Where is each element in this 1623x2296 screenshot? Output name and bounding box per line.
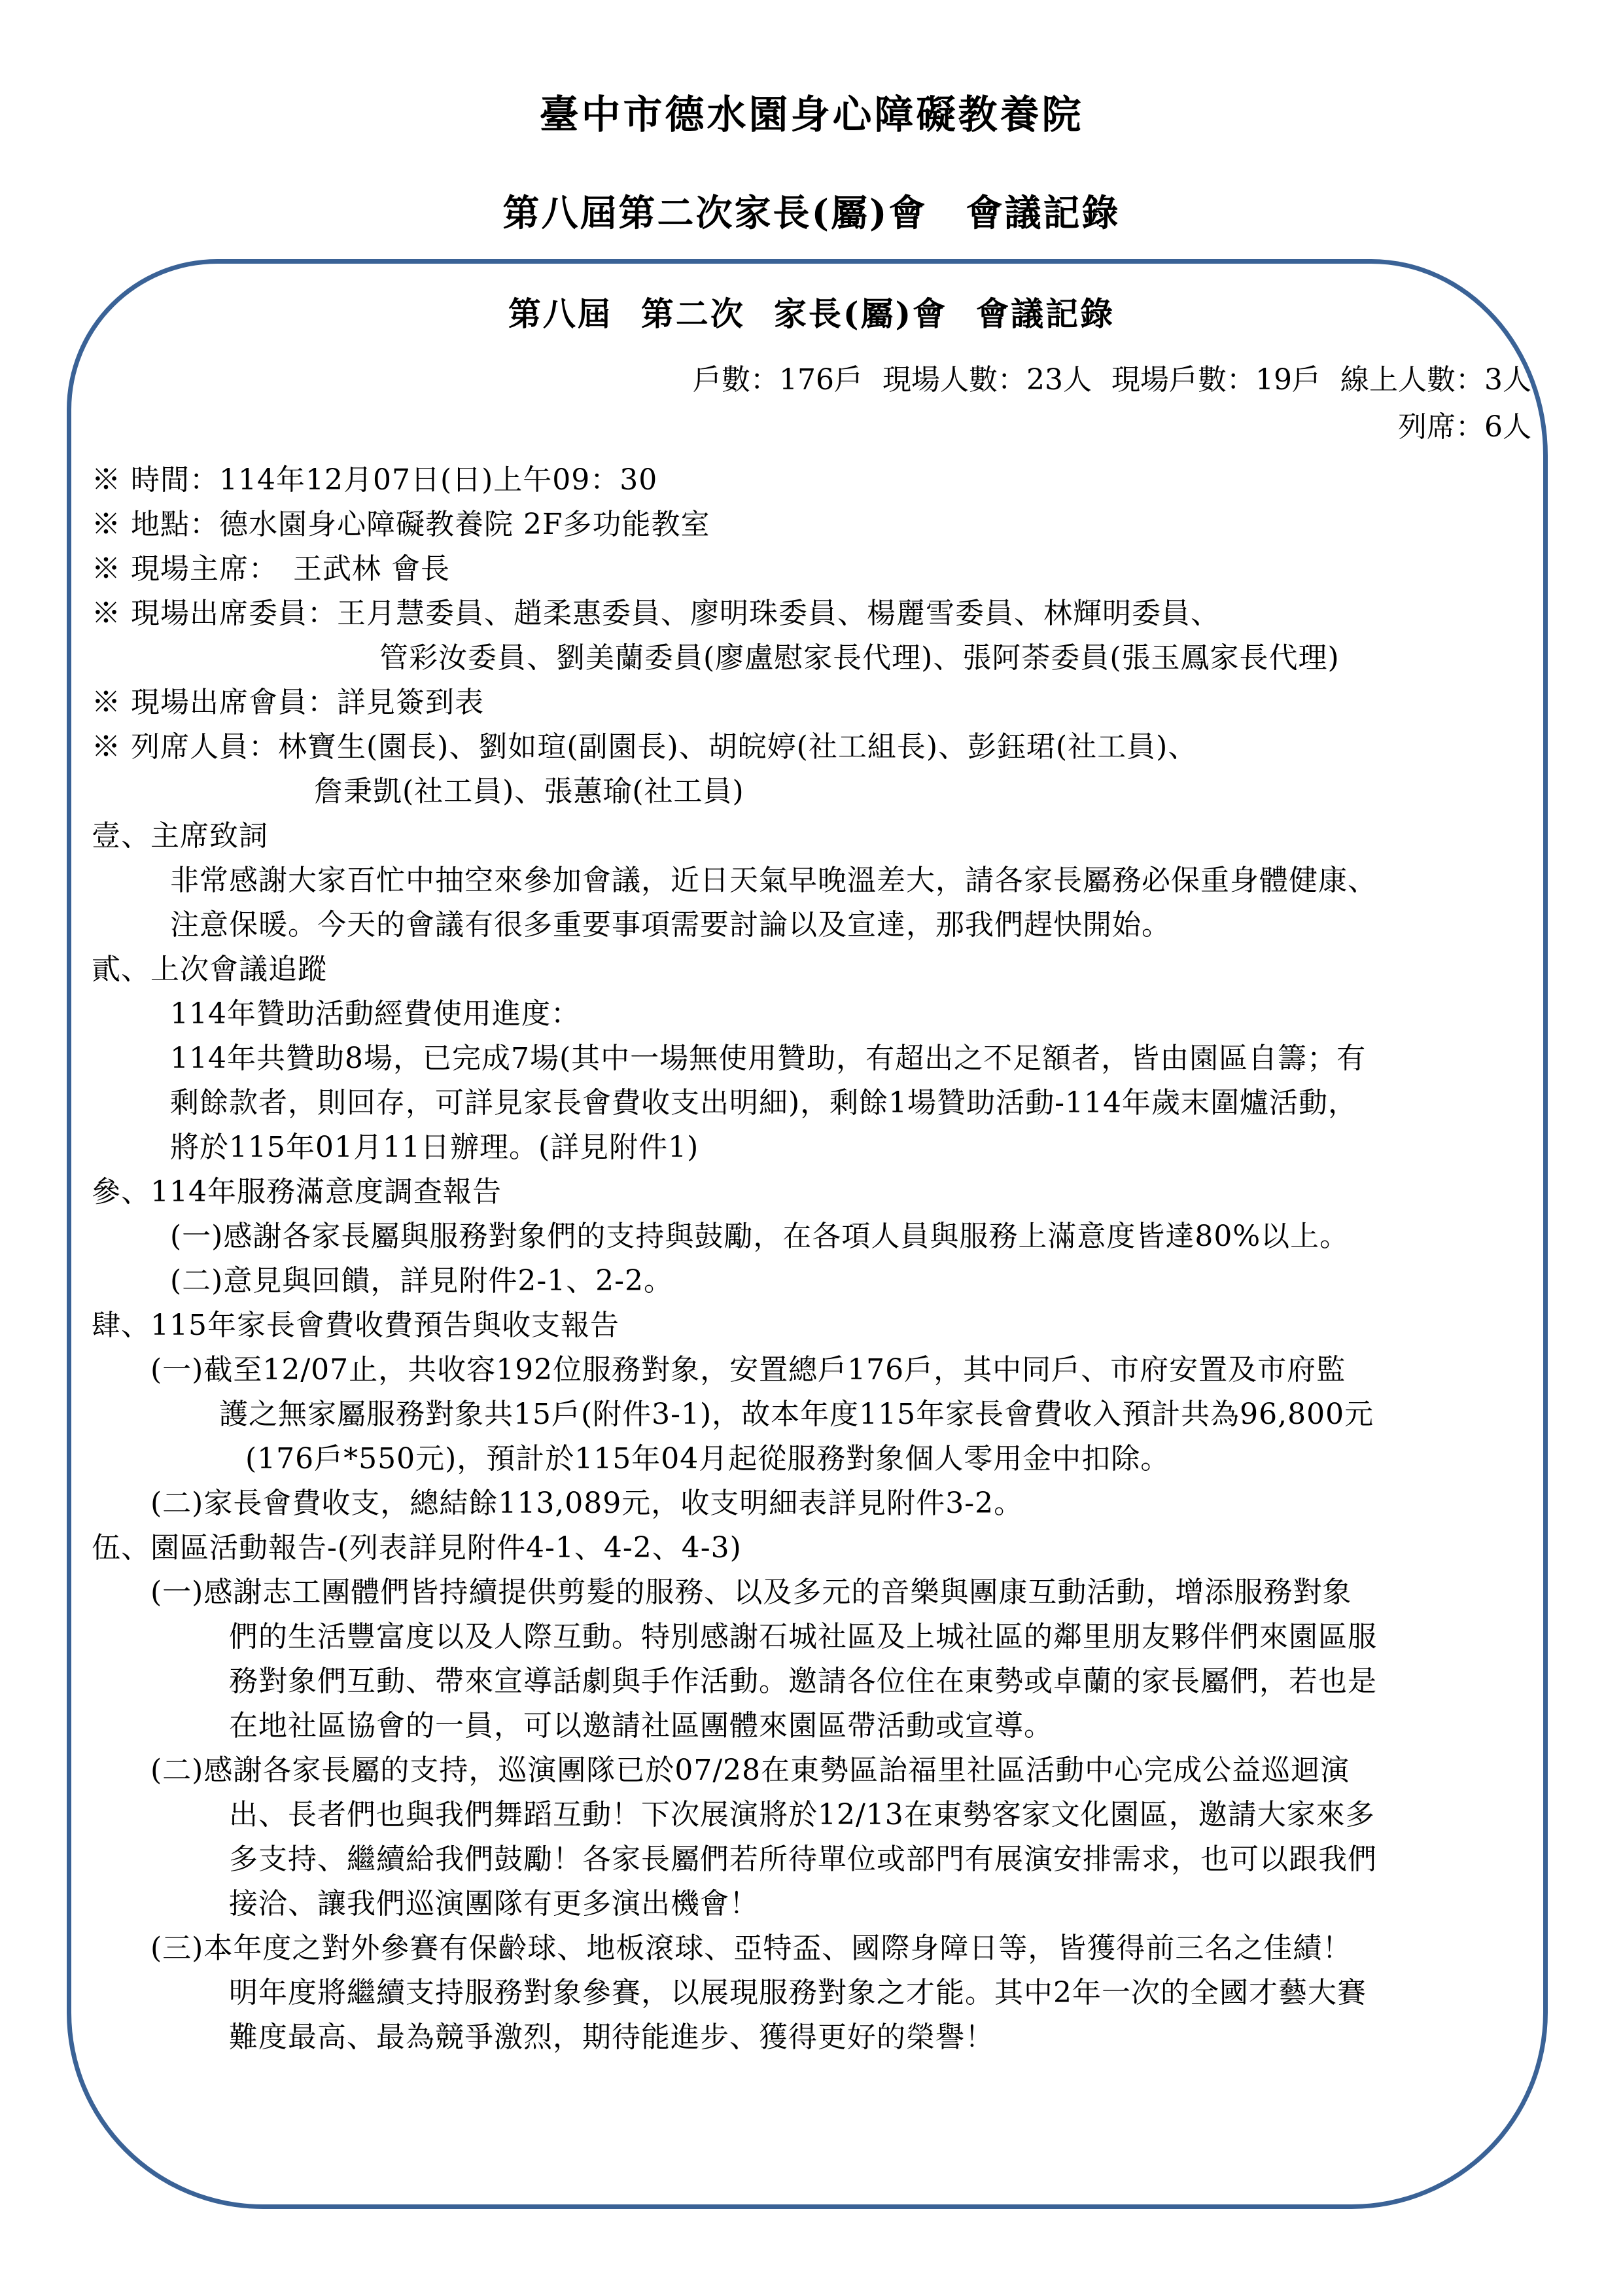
fees-item-line: (176戶*550元)，預計於115年04月起從服務對象個人零用金中扣除。 [92, 1437, 1531, 1481]
follow-up-line: 將於115年01月11日辦理。(詳見附件1) [92, 1125, 1531, 1170]
activities-item-line: (三)本年度之對外參賽有保齡球、地板滾球、亞特盃、國際身障日等，皆獲得前三名之佳… [92, 1926, 1531, 1971]
staff-attendees-line1: ※ 列席人員：林寶生(園長)、劉如瑄(副園長)、胡皖婷(社工組長)、彭鈺珺(社工… [92, 725, 1531, 769]
section-heading-chair-speech: 壹、主席致詞 [92, 814, 1531, 858]
minutes-body: ※ 時間：114年12月07日(日)上午09：30 ※ 地點：德水園身心障礙教養… [92, 458, 1531, 2060]
follow-up-line: 剩餘款者，則回存，可詳見家長會費收支出明細)，剩餘1場贊助活動-114年歲末圍爐… [92, 1081, 1531, 1125]
fees-item-line: (二)家長會費收支，總結餘113,089元，收支明細表詳見附件3-2。 [92, 1481, 1531, 1526]
organization-title: 臺中市德水園身心障礙教養院 [0, 84, 1623, 140]
section-heading-follow-up: 貳、上次會議追蹤 [92, 947, 1531, 992]
activities-item-line: 們的生活豐富度以及人際互動。特別感謝石城社區及上城社區的鄰里朋友夥伴們來園區服 [92, 1615, 1531, 1659]
session-label: 第二次 [641, 294, 745, 333]
section-heading-activities: 伍、園區活動報告-(列表詳見附件4-1、4-2、4-3) [92, 1526, 1531, 1570]
meeting-location: ※ 地點：德水園身心障礙教養院 2F多功能教室 [92, 503, 1531, 547]
frame-title: 第八屆第二次家長(屬)會會議記錄 [0, 288, 1623, 335]
activities-item-line: (二)感謝各家長屬的支持，巡演團隊已於07/28在東勢區詒福里社區活動中心完成公… [92, 1748, 1531, 1793]
section-heading-satisfaction: 參、114年服務滿意度調查報告 [92, 1170, 1531, 1214]
activities-item-line: 接洽、讓我們巡演團隊有更多演出機會！ [92, 1882, 1531, 1926]
member-attendees: ※ 現場出席會員：詳見簽到表 [92, 680, 1531, 725]
satisfaction-item: (二)意見與回饋，詳見附件2-1、2-2。 [92, 1259, 1531, 1303]
record-label: 會議記錄 [976, 294, 1115, 333]
activities-item-line: 明年度將繼續支持服務對象參賽，以展現服務對象之才能。其中2年一次的全國才藝大賽 [92, 1971, 1531, 2015]
onsite-people-count: 現場人數：23人 [882, 363, 1092, 397]
follow-up-line: 114年贊助活動經費使用進度： [92, 992, 1531, 1036]
activities-item-line: 務對象們互動、帶來宣導話劇與手作活動。邀請各位住在東勢或卓蘭的家長屬們，若也是 [92, 1659, 1531, 1704]
follow-up-line: 114年共贊助8場，已完成7場(其中一場無使用贊助，有超出之不足額者，皆由園區自… [92, 1036, 1531, 1081]
onsite-households-count: 現場戶數：19戶 [1111, 363, 1321, 397]
meeting-time: ※ 時間：114年12月07日(日)上午09：30 [92, 458, 1531, 503]
fees-item-line: (一)截至12/07止，共收容192位服務對象，安置總戶176戶，其中同戶、市府… [92, 1348, 1531, 1392]
section-heading-fees: 肆、115年家長會費收費預告與收支報告 [92, 1303, 1531, 1348]
fees-item-line: 護之無家屬服務對象共15戶(附件3-1)，故本年度115年家長會費收入預計共為9… [92, 1392, 1531, 1437]
term-label: 第八屆 [508, 294, 612, 333]
satisfaction-item: (一)感謝各家長屬與服務對象們的支持與鼓勵，在各項人員與服務上滿意度皆達80%以… [92, 1214, 1531, 1259]
committee-attendees-line1: ※ 現場出席委員：王月慧委員、趙柔惠委員、廖明珠委員、楊麗雪委員、林輝明委員、 [92, 592, 1531, 636]
activities-item-line: 出、長者們也與我們舞蹈互動！下次展演將於12/13在東勢客家文化園區，邀請大家來… [92, 1793, 1531, 1837]
observers-count: 列席：6人 [1398, 410, 1531, 444]
activities-item-line: 難度最高、最為競爭激烈，期待能進步、獲得更好的榮譽！ [92, 2015, 1531, 2060]
meeting-chair: ※ 現場主席： 王武林 會長 [92, 547, 1531, 592]
meeting-label: 家長(屬)會 [774, 294, 947, 333]
activities-item-line: (一)感謝志工團體們皆持續提供剪髮的服務、以及多元的音樂與團康互動活動，增添服務… [92, 1570, 1531, 1615]
chair-speech-line: 非常感謝大家百忙中抽空來參加會議，近日天氣早晚溫差大，請各家長屬務必保重身體健康… [92, 858, 1531, 903]
committee-attendees-line2: 管彩汝委員、劉美蘭委員(廖盧慰家長代理)、張阿荼委員(張玉鳳家長代理) [92, 636, 1531, 680]
staff-attendees-line2: 詹秉凱(社工員)、張蕙瑜(社工員) [92, 769, 1531, 814]
document-title: 第八屆第二次家長(屬)會 會議記錄 [0, 185, 1623, 237]
online-people-count: 線上人數：3人 [1340, 363, 1531, 397]
activities-item-line: 在地社區協會的一員，可以邀請社區團體來園區帶活動或宣導。 [92, 1704, 1531, 1748]
chair-speech-line: 注意保暖。今天的會議有很多重要事項需要討論以及宣達，那我們趕快開始。 [92, 903, 1531, 947]
households-count: 戶數：176戶 [693, 363, 863, 397]
activities-item-line: 多支持、繼續給我們鼓勵！各家長屬們若所待單位或部門有展演安排需求，也可以跟我們 [92, 1837, 1531, 1882]
attendance-stats: 戶數：176戶現場人數：23人現場戶數：19戶線上人數：3人 列席：6人 [673, 357, 1531, 451]
